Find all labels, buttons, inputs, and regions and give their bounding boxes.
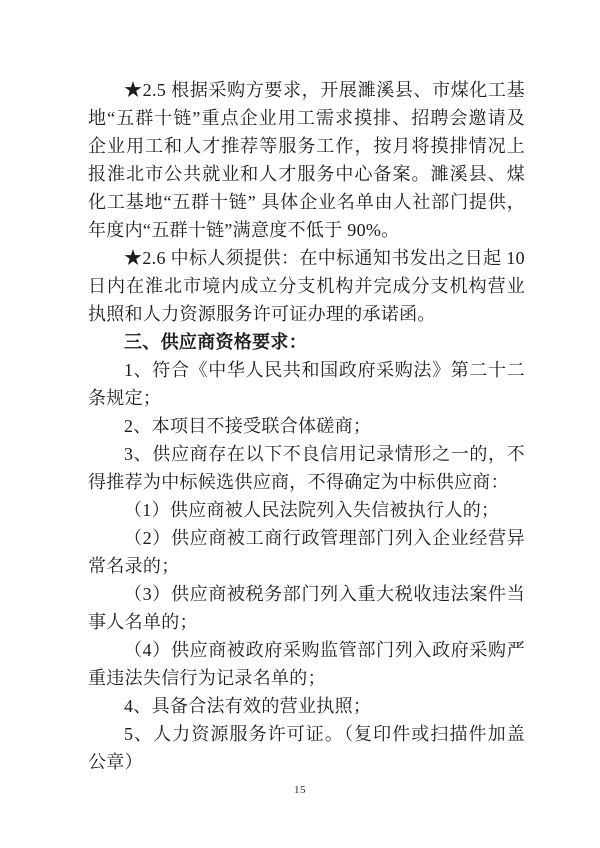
paragraph-subitem-2: （2）供应商被工商行政管理部门列入企业经营异常名录的； bbox=[88, 524, 525, 580]
paragraph-item-1: 1、符合《中华人民共和国政府采购法》第二十二条规定； bbox=[88, 356, 525, 412]
paragraph-subitem-4: （4）供应商被政府采购监管部门列入政府采购严重违法失信行为记录名单的； bbox=[88, 636, 525, 692]
paragraph-subitem-3: （3）供应商被税务部门列入重大税收违法案件当事人名单的； bbox=[88, 580, 525, 636]
section-heading-supplier-qualifications: 三、供应商资格要求： bbox=[88, 328, 525, 356]
paragraph-item-4: 4、具备合法有效的营业执照； bbox=[88, 692, 525, 720]
paragraph-item-3: 3、供应商存在以下不良信用记录情形之一的，不得推荐为中标候选供应商，不得确定为中… bbox=[88, 440, 525, 496]
paragraph-star-2-5: ★2.5 根据采购方要求，开展濉溪县、市煤化工基地“五群十链”重点企业用工需求摸… bbox=[88, 76, 525, 244]
page-number: 15 bbox=[0, 784, 600, 796]
paragraph-item-5: 5、人力资源服务许可证。（复印件或扫描件加盖公章） bbox=[88, 720, 525, 776]
paragraph-subitem-1: （1）供应商被人民法院列入失信被执行人的； bbox=[88, 496, 525, 524]
document-page: ★2.5 根据采购方要求，开展濉溪县、市煤化工基地“五群十链”重点企业用工需求摸… bbox=[0, 0, 600, 848]
document-content: ★2.5 根据采购方要求，开展濉溪县、市煤化工基地“五群十链”重点企业用工需求摸… bbox=[88, 76, 525, 776]
paragraph-item-2: 2、本项目不接受联合体磋商； bbox=[88, 412, 525, 440]
paragraph-star-2-6: ★2.6 中标人须提供：在中标通知书发出之日起 10 日内在淮北市境内成立分支机… bbox=[88, 244, 525, 328]
